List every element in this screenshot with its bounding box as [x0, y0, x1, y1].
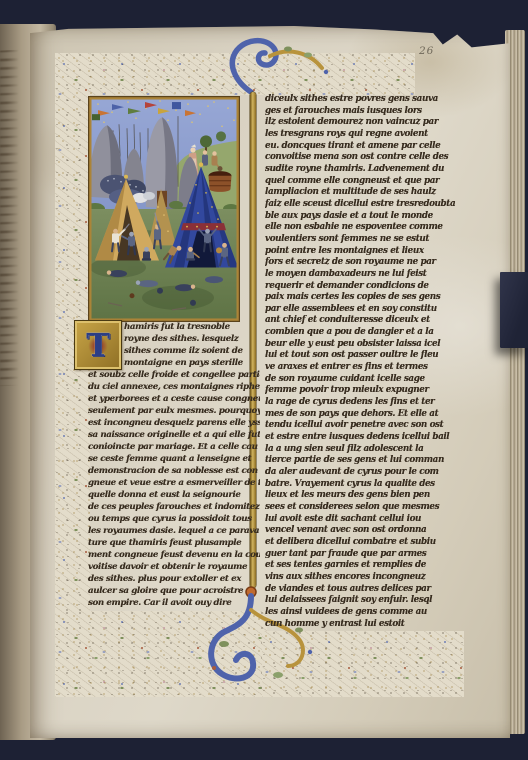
- manuscript-text-line: les royaumes dasie. lequel a ce parava: [88, 525, 260, 537]
- manuscript-text-line: ble aux pays dasie et a tout le monde: [265, 211, 461, 223]
- manuscript-text-line: cun homme y entrast lui estoit: [265, 619, 461, 631]
- left-text-column: hamiris fut la tresnobleroyne des sithes…: [88, 321, 260, 609]
- manuscript-text-line: sees et considerees selon que mesmes: [265, 502, 461, 514]
- manuscript-text-line: et ses tentes garnies et remplies de: [265, 560, 461, 572]
- manuscript-text-line: faiz elle sceust dicellui estre tresredo…: [265, 199, 461, 211]
- manuscript-text-line: voulentiers sont femmes ne se estut: [265, 234, 461, 246]
- manuscript-text-line: vencel venant avec son ost ordonna: [265, 525, 461, 537]
- manuscript-text-line: et yperborees et a ceste cause congneuz: [88, 393, 260, 405]
- manuscript-text-line: ges et farouches mais iusques lors: [265, 106, 461, 118]
- manuscript-text-line: eu. doncques tirant et amene par celle: [265, 141, 461, 153]
- manuscript-page: 26: [30, 26, 510, 738]
- manuscript-text-line: et estre entre iusques dedens icellui ba…: [265, 432, 461, 444]
- manuscript-text-line: combien que a pou de dangier et a la: [265, 327, 461, 339]
- manuscript-text-line: sithes comme ilz soient de: [124, 345, 260, 357]
- bookmark-tab: [500, 272, 528, 348]
- manuscript-text-line: quelle donna et eust la seignourie: [88, 489, 260, 501]
- manuscript-text-line: guer tant par fraude que par armes: [265, 549, 461, 561]
- manuscript-text-line: de viandes et tous autres delices par: [265, 584, 461, 596]
- manuscript-text-line: demonstracion de sa noblesse est con: [88, 465, 260, 477]
- manuscript-text-line: gneue et veue estre a esmerveiller de ta…: [88, 477, 260, 489]
- manuscript-text-line: du ciel annexee, ces montaignes riphees: [88, 381, 260, 393]
- manuscript-text-line: sudite royne thamiris. Ladvenement du: [265, 164, 461, 176]
- manuscript-text-line: lieux et les meurs des gens bien pen: [265, 490, 461, 502]
- manuscript-text-line: lampliacion et multitude de ses haulz: [265, 187, 461, 199]
- manuscript-text-line: mes de son pays que dehors. Et elle at: [265, 409, 461, 421]
- manuscript-text-line: fors et secretz de son royaume ne par: [265, 257, 461, 269]
- manuscript-text-line: ilz estoient demourez non vaincuz par: [265, 117, 461, 129]
- manuscript-text-line: ment congneue feust devenu en la cou: [88, 549, 260, 561]
- photo-backdrop: 26: [0, 0, 528, 760]
- manuscript-text-line: requerir et demander condicions de: [265, 281, 461, 293]
- manuscript-text-line: la a ung sien seul filz adolescent la: [265, 444, 461, 456]
- manuscript-text-line: convoitise mena son ost contre celle des: [265, 152, 461, 164]
- manuscript-text-line: lui delaissees faignit soy enfuir. lesql: [265, 595, 461, 607]
- manuscript-text-line: et delibera dicellui combatre et subiu: [265, 537, 461, 549]
- manuscript-text-line: ve araxes et entrer es fins et termes: [265, 362, 461, 374]
- manuscript-text-line: vins aux sithes encores incongneuz: [265, 572, 461, 584]
- manuscript-text-line: diceulx sithes estre povres gens sauva: [265, 94, 461, 106]
- manuscript-text-line: hamiris fut la tresnoble: [124, 321, 260, 333]
- manuscript-text-line: est incongneu desquelz parens elle yssi: [88, 417, 260, 429]
- manuscript-text-line: ant chief et conduiteresse diceulx et: [265, 315, 461, 327]
- manuscript-text-line: seulement par eulx mesmes. pourquoy: [88, 405, 260, 417]
- manuscript-text-line: lui et tout son ost passer oultre le fle…: [265, 350, 461, 362]
- manuscript-text-line: les tresgrans roys qui regne avoient: [265, 129, 461, 141]
- manuscript-text-line: les ainsi vuidees de gens comme au: [265, 607, 461, 619]
- acanthus-flourish-top: [216, 30, 336, 94]
- facing-page-text: [0, 50, 19, 387]
- manuscript-text-line: paix mais certes les copies de ses gens: [265, 292, 461, 304]
- manuscript-text-line: elle non esbahie ne espoventee comme: [265, 222, 461, 234]
- manuscript-text-line: da aler audevant de cyrus pour le com: [265, 467, 461, 479]
- manuscript-text-line: par elle assemblees et en soy constitu: [265, 304, 461, 316]
- manuscript-text-line: la rage de cyrus dedens les fins et ter: [265, 397, 461, 409]
- manuscript-text-line: aulcer sa gloire que pour acroistre: [88, 585, 260, 597]
- manuscript-text-line: tierce partie de ses gens et lui comman: [265, 455, 461, 467]
- manuscript-text-line: point entre les montaignes et lieux: [265, 246, 461, 258]
- manuscript-text-line: tendu icellui avoir penetre avec son ost: [265, 420, 461, 432]
- manuscript-text-line: femme povoir trop mieulx expugner: [265, 385, 461, 397]
- manuscript-text-line: ou temps que cyrus ia possidoit tous: [88, 513, 260, 525]
- manuscript-text-line: batre. Vrayement cyrus la qualite des: [265, 479, 461, 491]
- miniature-battle-scene: [88, 96, 240, 322]
- manuscript-text-line: lui avoit este dit sachant cellui iou: [265, 514, 461, 526]
- manuscript-text-line: le moyen dambaxadeurs ne lui feist: [265, 269, 461, 281]
- manuscript-text-line: de son royaume cuidant icelle sage: [265, 374, 461, 386]
- manuscript-text-line: ture que thamiris feust plusample: [88, 537, 260, 549]
- manuscript-text-line: quel comme elle congneust et que par: [265, 176, 461, 188]
- manuscript-text-line: son empire. Car il avoit ouy dire: [88, 597, 260, 609]
- right-text-column: diceulx sithes estre povres gens sauvage…: [265, 94, 461, 630]
- manuscript-text-line: sa naissance originelle et a qui elle fu…: [88, 429, 260, 441]
- folio-number: 26: [419, 45, 434, 57]
- manuscript-text-line: des sithes. plus pour extoller et ex: [88, 573, 260, 585]
- manuscript-text-line: montaigne en pays sterille: [124, 357, 260, 369]
- manuscript-text-line: et soubz celle froide et congellee parti…: [88, 369, 260, 381]
- manuscript-text-line: se ceste femme quant a lenseigne et: [88, 453, 260, 465]
- manuscript-text-line: royne des sithes. lesquelz: [124, 333, 260, 345]
- manuscript-text-line: voitise davoir et obtenir le royaume: [88, 561, 260, 573]
- manuscript-text-line: beur elle y eust peu obsister laissa ice…: [265, 339, 461, 351]
- manuscript-text-line: conioincte par mariage. Et a celle cau: [88, 441, 260, 453]
- border-band-left: [55, 53, 90, 697]
- manuscript-text-line: de ces peuples farouches et indomitez: [88, 501, 260, 513]
